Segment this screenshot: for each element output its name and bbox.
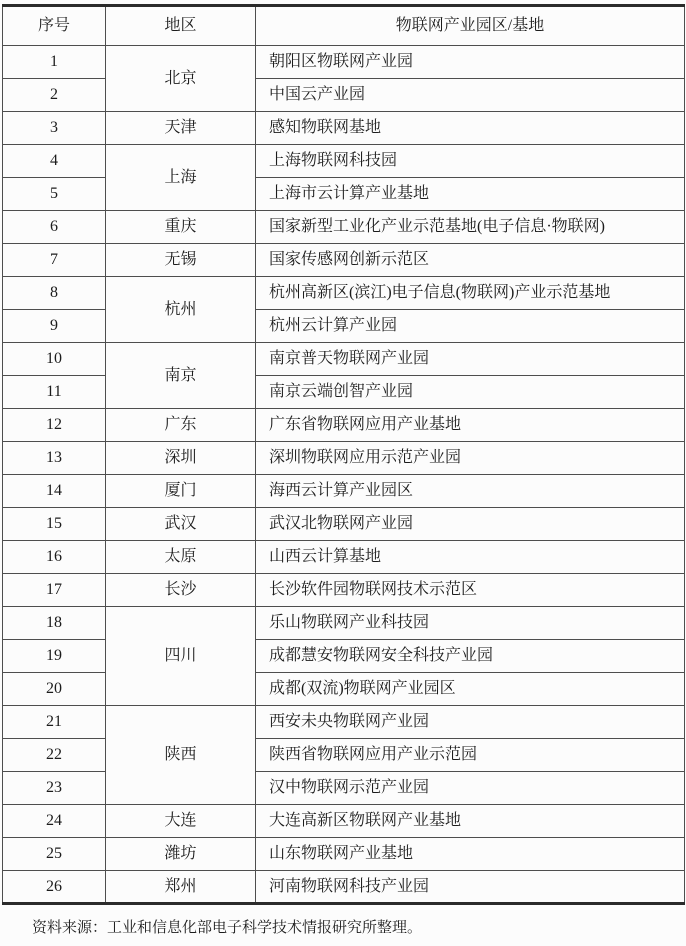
row-number-cell: 9 — [3, 310, 106, 343]
park-cell: 成都(双流)物联网产业园区 — [256, 673, 685, 706]
region-cell: 无锡 — [106, 244, 256, 277]
row-number-cell: 4 — [3, 145, 106, 178]
park-cell: 西安未央物联网产业园 — [256, 706, 685, 739]
park-cell: 武汉北物联网产业园 — [256, 508, 685, 541]
table-row: 19 成都慧安物联网安全科技产业园 — [3, 640, 685, 673]
row-number-cell: 21 — [3, 706, 106, 739]
table-row: 21 陕西 西安未央物联网产业园 — [3, 706, 685, 739]
table-row: 20 成都(双流)物联网产业园区 — [3, 673, 685, 706]
row-number-cell: 16 — [3, 541, 106, 574]
table-row: 9 杭州云计算产业园 — [3, 310, 685, 343]
table-row: 24 大连 大连高新区物联网产业基地 — [3, 805, 685, 838]
row-number-cell: 12 — [3, 409, 106, 442]
table-row: 11 南京云端创智产业园 — [3, 376, 685, 409]
park-cell: 杭州高新区(滨江)电子信息(物联网)产业示范基地 — [256, 277, 685, 310]
row-number-cell: 7 — [3, 244, 106, 277]
header-no: 序号 — [3, 6, 106, 46]
park-cell: 陕西省物联网应用产业示范园 — [256, 739, 685, 772]
park-cell: 南京云端创智产业园 — [256, 376, 685, 409]
document-page: 序号 地区 物联网产业园区/基地 1 北京 朝阳区物联网产业园 2 中国云产业园… — [0, 0, 686, 937]
region-cell: 广东 — [106, 409, 256, 442]
park-cell: 上海市云计算产业基地 — [256, 178, 685, 211]
table-row: 8 杭州 杭州高新区(滨江)电子信息(物联网)产业示范基地 — [3, 277, 685, 310]
table-row: 23 汉中物联网示范产业园 — [3, 772, 685, 805]
table-row: 1 北京 朝阳区物联网产业园 — [3, 46, 685, 79]
table-row: 25 潍坊 山东物联网产业基地 — [3, 838, 685, 871]
park-cell: 广东省物联网应用产业基地 — [256, 409, 685, 442]
row-number-cell: 13 — [3, 442, 106, 475]
park-cell: 河南物联网科技产业园 — [256, 871, 685, 904]
region-cell: 上海 — [106, 145, 256, 211]
header-park: 物联网产业园区/基地 — [256, 6, 685, 46]
region-cell: 潍坊 — [106, 838, 256, 871]
region-cell: 长沙 — [106, 574, 256, 607]
region-cell: 杭州 — [106, 277, 256, 343]
region-cell: 陕西 — [106, 706, 256, 805]
park-cell: 南京普天物联网产业园 — [256, 343, 685, 376]
region-cell: 郑州 — [106, 871, 256, 904]
row-number-cell: 26 — [3, 871, 106, 904]
row-number-cell: 22 — [3, 739, 106, 772]
park-cell: 乐山物联网产业科技园 — [256, 607, 685, 640]
row-number-cell: 24 — [3, 805, 106, 838]
row-number-cell: 1 — [3, 46, 106, 79]
park-cell: 汉中物联网示范产业园 — [256, 772, 685, 805]
row-number-cell: 11 — [3, 376, 106, 409]
region-cell: 武汉 — [106, 508, 256, 541]
table-row: 4 上海 上海物联网科技园 — [3, 145, 685, 178]
park-cell: 国家传感网创新示范区 — [256, 244, 685, 277]
row-number-cell: 6 — [3, 211, 106, 244]
table-row: 6 重庆 国家新型工业化产业示范基地(电子信息·物联网) — [3, 211, 685, 244]
row-number-cell: 25 — [3, 838, 106, 871]
table-row: 2 中国云产业园 — [3, 79, 685, 112]
row-number-cell: 18 — [3, 607, 106, 640]
source-note: 资料来源：工业和信息化部电子科学技术情报研究所整理。 — [32, 916, 684, 937]
park-cell: 上海物联网科技园 — [256, 145, 685, 178]
row-number-cell: 5 — [3, 178, 106, 211]
region-cell: 太原 — [106, 541, 256, 574]
table-row: 14 厦门 海西云计算产业园区 — [3, 475, 685, 508]
row-number-cell: 10 — [3, 343, 106, 376]
iot-parks-table: 序号 地区 物联网产业园区/基地 1 北京 朝阳区物联网产业园 2 中国云产业园… — [2, 4, 685, 905]
park-cell: 成都慧安物联网安全科技产业园 — [256, 640, 685, 673]
header-region: 地区 — [106, 6, 256, 46]
row-number-cell: 19 — [3, 640, 106, 673]
region-cell: 大连 — [106, 805, 256, 838]
park-cell: 深圳物联网应用示范产业园 — [256, 442, 685, 475]
row-number-cell: 14 — [3, 475, 106, 508]
table-row: 12 广东 广东省物联网应用产业基地 — [3, 409, 685, 442]
region-cell: 深圳 — [106, 442, 256, 475]
park-cell: 国家新型工业化产业示范基地(电子信息·物联网) — [256, 211, 685, 244]
table-row: 5 上海市云计算产业基地 — [3, 178, 685, 211]
region-cell: 重庆 — [106, 211, 256, 244]
park-cell: 感知物联网基地 — [256, 112, 685, 145]
table-row: 3 天津 感知物联网基地 — [3, 112, 685, 145]
row-number-cell: 15 — [3, 508, 106, 541]
row-number-cell: 17 — [3, 574, 106, 607]
row-number-cell: 8 — [3, 277, 106, 310]
table-row: 22 陕西省物联网应用产业示范园 — [3, 739, 685, 772]
row-number-cell: 2 — [3, 79, 106, 112]
row-number-cell: 23 — [3, 772, 106, 805]
table-row: 10 南京 南京普天物联网产业园 — [3, 343, 685, 376]
park-cell: 长沙软件园物联网技术示范区 — [256, 574, 685, 607]
table-row: 13 深圳 深圳物联网应用示范产业园 — [3, 442, 685, 475]
region-cell: 北京 — [106, 46, 256, 112]
table-row: 7 无锡 国家传感网创新示范区 — [3, 244, 685, 277]
header-row: 序号 地区 物联网产业园区/基地 — [3, 6, 685, 46]
park-cell: 山西云计算基地 — [256, 541, 685, 574]
table-row: 26 郑州 河南物联网科技产业园 — [3, 871, 685, 904]
region-cell: 南京 — [106, 343, 256, 409]
table-row: 17 长沙 长沙软件园物联网技术示范区 — [3, 574, 685, 607]
park-cell: 大连高新区物联网产业基地 — [256, 805, 685, 838]
park-cell: 山东物联网产业基地 — [256, 838, 685, 871]
park-cell: 朝阳区物联网产业园 — [256, 46, 685, 79]
region-cell: 厦门 — [106, 475, 256, 508]
region-cell: 四川 — [106, 607, 256, 706]
region-cell: 天津 — [106, 112, 256, 145]
park-cell: 中国云产业园 — [256, 79, 685, 112]
park-cell: 杭州云计算产业园 — [256, 310, 685, 343]
table-row: 18 四川 乐山物联网产业科技园 — [3, 607, 685, 640]
row-number-cell: 20 — [3, 673, 106, 706]
table-row: 15 武汉 武汉北物联网产业园 — [3, 508, 685, 541]
table-row: 16 太原 山西云计算基地 — [3, 541, 685, 574]
row-number-cell: 3 — [3, 112, 106, 145]
park-cell: 海西云计算产业园区 — [256, 475, 685, 508]
